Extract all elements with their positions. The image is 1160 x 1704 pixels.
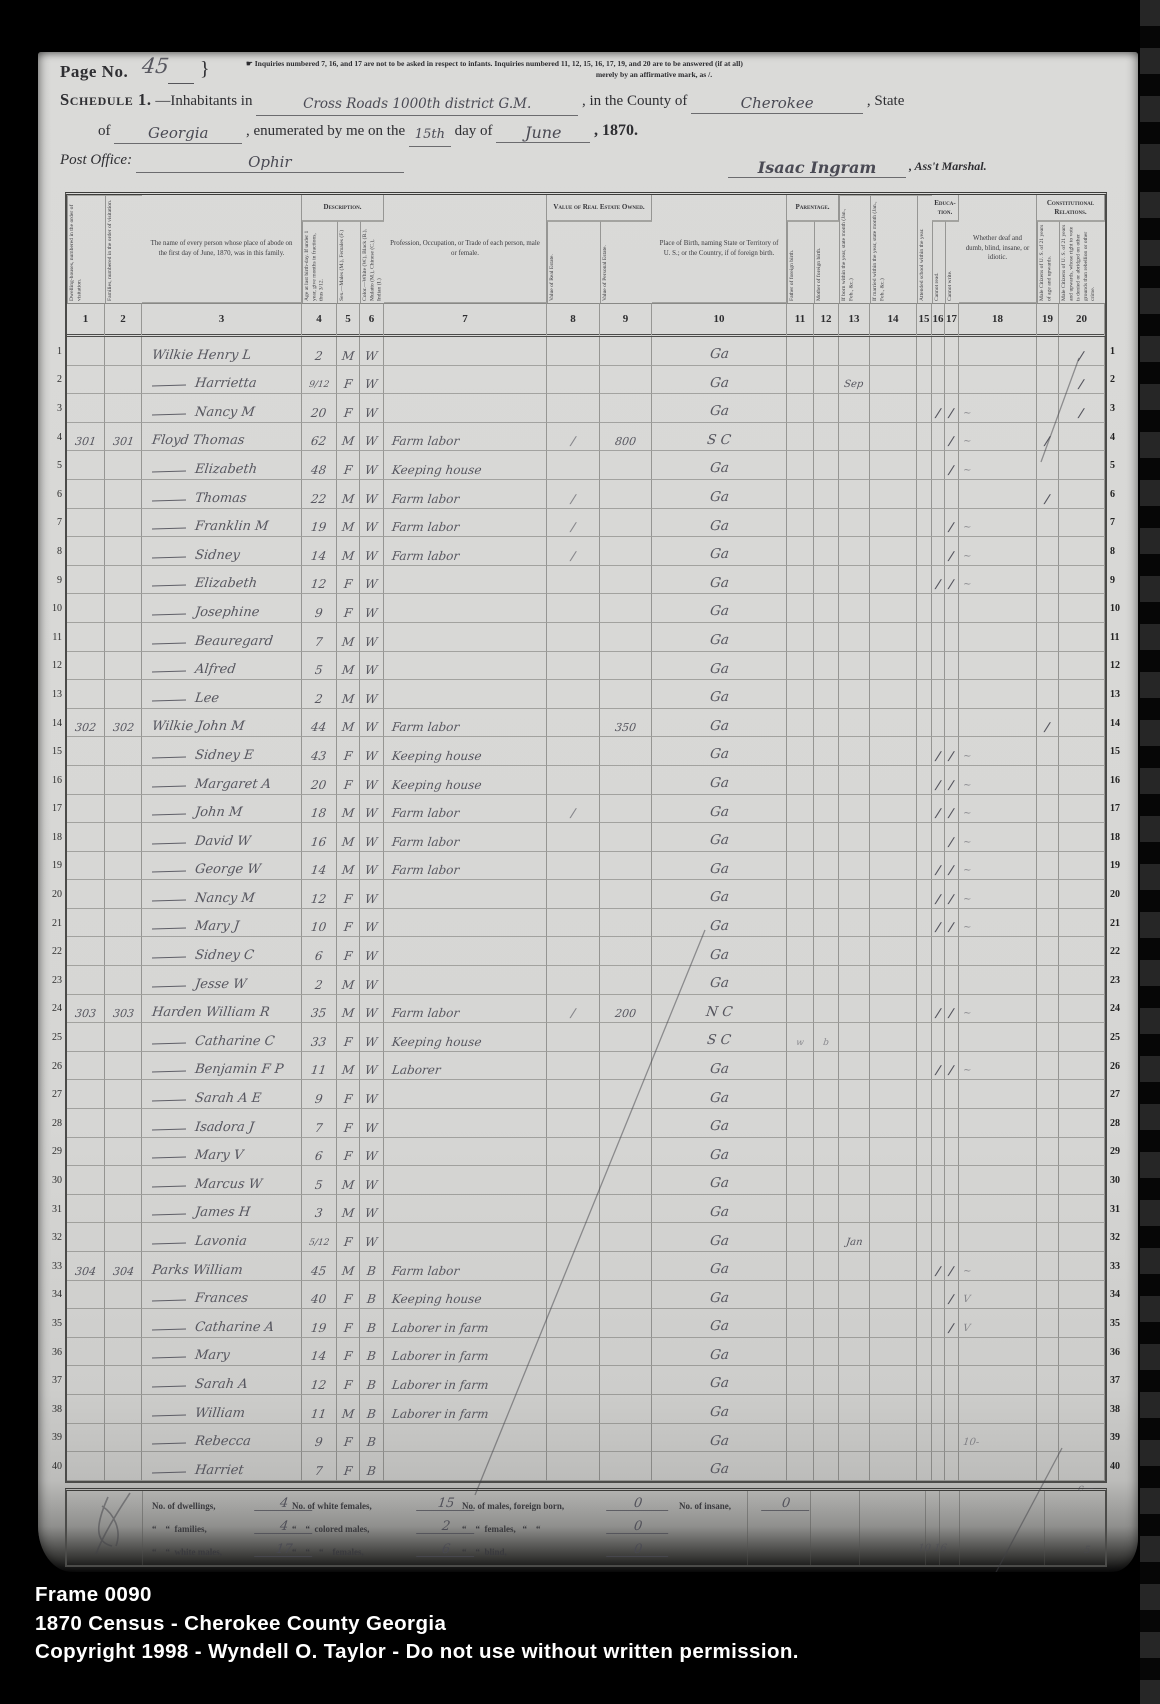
cell-r30-attended-school (917, 1166, 932, 1195)
cell-r28-occupation (384, 1109, 547, 1138)
row-number-left-4: 4 (42, 423, 62, 452)
row-number-left-30: 30 (42, 1166, 62, 1195)
cell-r25-male-citizen-21 (1037, 1023, 1059, 1052)
cell-r37-male-citizen-21 (1037, 1366, 1059, 1395)
county-handwritten: Cherokee (691, 94, 863, 114)
instructions-line-2: merely by an affirmative mark, as /. (246, 69, 1062, 80)
day-of-label: day of (455, 123, 493, 139)
cell-r5-person-name: Elizabeth (142, 451, 302, 480)
cell-r12-family-number (105, 652, 142, 681)
cell-r9-mother-foreign-birth (814, 566, 839, 595)
cell-r7-color: W (360, 509, 384, 538)
row-number-right-14: 14 (1110, 709, 1136, 738)
cell-r12-birth-month (839, 652, 870, 681)
group-heading-4: Educa- tion. (932, 195, 959, 221)
cell-r15-birth-month (839, 737, 870, 766)
cell-r7-occupation: Farm labor (384, 509, 547, 538)
cell-r10-father-foreign-birth (787, 594, 814, 623)
cell-r3-person-name: Nancy M (142, 394, 302, 423)
cell-r16-male-citizen-denied (1059, 766, 1105, 795)
cell-r11-color: W (360, 623, 384, 652)
cell-r22-age: 6 (302, 937, 337, 966)
age-value: 62 (311, 435, 328, 447)
col-heading-18: Whether deaf and dumb, blind, insane, or… (959, 195, 1037, 303)
cell-r31-dwelling-number (67, 1195, 105, 1224)
cannot-write-tick: / (949, 435, 955, 447)
cell-r32-married-month (870, 1223, 917, 1252)
cell-r40-sex: F (337, 1452, 360, 1481)
citizen-tick: / (1045, 493, 1051, 505)
cell-r23-family-number (105, 966, 142, 995)
person-name-value: Nancy M (194, 892, 255, 905)
sex-value: M (341, 1007, 355, 1019)
cell-r8-married-month (870, 537, 917, 566)
state-suffix-label: , State (867, 93, 905, 109)
cell-r18-male-citizen-21 (1037, 823, 1059, 852)
cell-r34-cannot-read (932, 1281, 945, 1310)
cell-r5-sex: F (337, 451, 360, 480)
cell-r39-mother-foreign-birth (814, 1424, 839, 1453)
cell-r14-deaf-dumb-blind (959, 709, 1037, 738)
col-number-19: 19 (1037, 303, 1059, 337)
cell-r2-sex: F (337, 366, 360, 395)
cell-r4-birth-month (839, 423, 870, 452)
cell-r11-cannot-write (945, 623, 959, 652)
cell-r14-color: W (360, 709, 384, 738)
cell-r38-male-citizen-denied (1059, 1395, 1105, 1424)
summary-label-3-0: No. of insane, (679, 1501, 731, 1511)
cell-r4-mother-foreign-birth (814, 423, 839, 452)
row-number-right-23: 23 (1110, 966, 1136, 995)
family-no-value: 304 (112, 1266, 134, 1277)
cell-r25-age: 33 (302, 1023, 337, 1052)
cell-r19-father-foreign-birth (787, 852, 814, 881)
cell-r27-sex: F (337, 1080, 360, 1109)
sex-value: M (341, 664, 355, 676)
cell-r24-age: 35 (302, 995, 337, 1024)
ditto-dash (152, 985, 186, 987)
cell-r29-married-month (870, 1138, 917, 1167)
cell-r1-birth-month (839, 337, 870, 366)
cell-r29-dwelling-number (67, 1138, 105, 1167)
deaf-dumb-mark: ~ (962, 866, 972, 876)
cannot-read-tick: / (935, 807, 941, 819)
cell-r20-father-foreign-birth (787, 880, 814, 909)
cell-r36-cannot-read (932, 1338, 945, 1367)
cell-r21-cannot-write: / (945, 909, 959, 938)
cell-r31-family-number (105, 1195, 142, 1224)
cell-r33-real-estate-value (547, 1252, 600, 1281)
cell-r16-cannot-write: / (945, 766, 959, 795)
cell-r19-birth-month (839, 852, 870, 881)
age-value: 12 (311, 1379, 328, 1391)
birthplace-value: Ga (709, 577, 730, 591)
color-value: W (365, 1122, 379, 1134)
real-estate-tick: / (570, 521, 576, 533)
cell-r33-birth-month (839, 1252, 870, 1281)
cell-r27-color: W (360, 1080, 384, 1109)
cell-r30-deaf-dumb-blind (959, 1166, 1037, 1195)
age-value: 9 (314, 607, 323, 619)
occupation-value: Farm labor (391, 864, 460, 876)
cell-r2-person-name: Harrietta (142, 366, 302, 395)
cell-r38-married-month (870, 1395, 917, 1424)
cell-r13-father-foreign-birth (787, 680, 814, 709)
ditto-dash (152, 528, 186, 530)
cell-r7-birth-month (839, 509, 870, 538)
cell-r12-attended-school (917, 652, 932, 681)
cannot-write-tick: / (949, 864, 955, 876)
sex-value: F (343, 950, 353, 962)
person-name-value: Harriet (194, 1464, 244, 1477)
cannot-read-tick: / (935, 407, 941, 419)
occupation-value: Laborer (391, 1064, 441, 1076)
person-name-value: Wilkie Henry L (151, 349, 252, 362)
cell-r30-birthplace: Ga (652, 1166, 787, 1195)
cell-r9-family-number (105, 566, 142, 595)
cell-r39-personal-estate-value (600, 1424, 652, 1453)
cell-r13-occupation (384, 680, 547, 709)
cell-r16-dwelling-number (67, 766, 105, 795)
cell-r11-male-citizen-denied (1059, 623, 1105, 652)
cell-r32-attended-school (917, 1223, 932, 1252)
cell-r38-mother-foreign-birth (814, 1395, 839, 1424)
cell-r21-father-foreign-birth (787, 909, 814, 938)
cell-r31-sex: M (337, 1195, 360, 1224)
cell-r29-birth-month (839, 1138, 870, 1167)
cannot-write-tick: / (949, 807, 955, 819)
cell-r17-father-foreign-birth (787, 795, 814, 824)
cell-r39-family-number (105, 1424, 142, 1453)
cell-r11-family-number (105, 623, 142, 652)
birth-month-value: Sep (844, 380, 864, 390)
cell-r40-real-estate-value (547, 1452, 600, 1481)
occupation-value: Farm labor (391, 721, 460, 733)
cell-r27-occupation (384, 1080, 547, 1109)
occupation-value: Farm labor (391, 521, 460, 533)
birthplace-value: S C (706, 434, 732, 448)
color-value: B (366, 1322, 376, 1334)
cell-r1-occupation (384, 337, 547, 366)
deaf-dumb-mark: ~ (962, 552, 972, 562)
cell-r21-birth-month (839, 909, 870, 938)
deaf-dumb-mark: ~ (962, 466, 972, 476)
cell-r15-cannot-write: / (945, 737, 959, 766)
row-number-left-18: 18 (42, 823, 62, 852)
cell-r27-male-citizen-21 (1037, 1080, 1059, 1109)
cell-r25-occupation: Keeping house (384, 1023, 547, 1052)
cell-r21-real-estate-value (547, 909, 600, 938)
person-name-value: Sarah A (194, 1378, 248, 1391)
age-value: 9 (314, 1436, 323, 1448)
cell-r2-birthplace: Ga (652, 366, 787, 395)
cell-r1-male-citizen-denied: / (1059, 337, 1105, 366)
cell-r7-father-foreign-birth (787, 509, 814, 538)
cell-r13-color: W (360, 680, 384, 709)
cell-r4-real-estate-value: / (547, 423, 600, 452)
summary-label-1-0: No. of white females, (292, 1501, 372, 1511)
cell-r5-attended-school (917, 451, 932, 480)
cannot-read-tick: / (935, 1064, 941, 1076)
cell-r38-age: 11 (302, 1395, 337, 1424)
cell-r5-family-number (105, 451, 142, 480)
color-value: W (365, 979, 379, 991)
cell-r30-father-foreign-birth (787, 1166, 814, 1195)
birthplace-value: Ga (709, 1149, 730, 1163)
cell-r4-attended-school (917, 423, 932, 452)
cell-r38-father-foreign-birth (787, 1395, 814, 1424)
cell-r11-birthplace: Ga (652, 623, 787, 652)
cell-r33-cannot-read: / (932, 1252, 945, 1281)
row-number-left-28: 28 (42, 1109, 62, 1138)
ditto-dash (152, 556, 186, 558)
cell-r38-sex: M (337, 1395, 360, 1424)
cell-r7-deaf-dumb-blind: ~ (959, 509, 1037, 538)
cell-r27-family-number (105, 1080, 142, 1109)
cell-r7-family-number (105, 509, 142, 538)
cell-r34-person-name: Frances (142, 1281, 302, 1310)
family-no-value: 301 (112, 436, 134, 447)
birthplace-value: Ga (709, 977, 730, 991)
cell-r5-male-citizen-denied (1059, 451, 1105, 480)
cell-r3-father-foreign-birth (787, 394, 814, 423)
person-name-value: Alfred (194, 663, 236, 676)
sex-value: M (341, 807, 355, 819)
age-value: 22 (311, 493, 328, 505)
cell-r29-deaf-dumb-blind (959, 1138, 1037, 1167)
cell-r36-color: B (360, 1338, 384, 1367)
sex-value: F (343, 1436, 353, 1448)
color-value: W (365, 664, 379, 676)
cell-r32-color: W (360, 1223, 384, 1252)
cell-r23-personal-estate-value (600, 966, 652, 995)
cell-r19-family-number (105, 852, 142, 881)
cell-r21-personal-estate-value (600, 909, 652, 938)
county-label: , in the County of (582, 93, 687, 109)
cell-r9-male-citizen-denied (1059, 566, 1105, 595)
cell-r40-married-month (870, 1452, 917, 1481)
summary-divider-2 (747, 1491, 748, 1565)
cell-r1-married-month (870, 337, 917, 366)
cell-r31-attended-school (917, 1195, 932, 1224)
ditto-dash (152, 842, 186, 844)
person-name-value: Lee (194, 692, 220, 705)
cell-r20-occupation (384, 880, 547, 909)
cell-r17-cannot-read: / (932, 795, 945, 824)
cell-r21-sex: F (337, 909, 360, 938)
cell-r18-birth-month (839, 823, 870, 852)
col-heading-8: Value of Real Estate. (547, 221, 600, 303)
person-name-value: Elizabeth (194, 463, 258, 476)
birthplace-value: Ga (709, 634, 730, 648)
cell-r6-family-number (105, 480, 142, 509)
cannot-read-tick: / (935, 864, 941, 876)
cell-r7-male-citizen-21 (1037, 509, 1059, 538)
sex-value: M (341, 636, 355, 648)
cell-r28-married-month (870, 1109, 917, 1138)
cell-r25-real-estate-value (547, 1023, 600, 1052)
ditto-dash (152, 1471, 186, 1473)
cell-r3-personal-estate-value (600, 394, 652, 423)
cell-r7-male-citizen-denied (1059, 509, 1105, 538)
cell-r21-color: W (360, 909, 384, 938)
ditto-dash (152, 1100, 186, 1102)
cell-r39-male-citizen-denied (1059, 1424, 1105, 1453)
cell-r6-personal-estate-value (600, 480, 652, 509)
cell-r29-family-number (105, 1138, 142, 1167)
row-number-right-29: 29 (1110, 1138, 1136, 1167)
cell-r38-deaf-dumb-blind (959, 1395, 1037, 1424)
cell-r38-male-citizen-21 (1037, 1395, 1059, 1424)
cell-r24-male-citizen-21 (1037, 995, 1059, 1024)
person-name-value: Nancy M (194, 406, 255, 419)
deaf-dumb-mark: V (962, 1324, 970, 1334)
cell-r5-birthplace: Ga (652, 451, 787, 480)
person-name-value: Mary (194, 1349, 230, 1362)
cell-r29-male-citizen-denied (1059, 1138, 1105, 1167)
sex-value: F (343, 1122, 353, 1134)
color-value: B (366, 1265, 376, 1277)
row-number-left-16: 16 (42, 766, 62, 795)
cell-r17-birthplace: Ga (652, 795, 787, 824)
row-number-left-15: 15 (42, 737, 62, 766)
cell-r28-dwelling-number (67, 1109, 105, 1138)
cell-r11-sex: M (337, 623, 360, 652)
cell-r20-sex: F (337, 880, 360, 909)
row-number-right-33: 33 (1110, 1252, 1136, 1281)
cell-r3-sex: F (337, 394, 360, 423)
cell-r25-personal-estate-value (600, 1023, 652, 1052)
row-number-left-26: 26 (42, 1052, 62, 1081)
cell-r35-birthplace: Ga (652, 1309, 787, 1338)
cell-r36-occupation: Laborer in farm (384, 1338, 547, 1367)
cell-r19-male-citizen-denied (1059, 852, 1105, 881)
col-number-8: 8 (547, 303, 600, 337)
cell-r19-color: W (360, 852, 384, 881)
cell-r32-dwelling-number (67, 1223, 105, 1252)
cell-r27-real-estate-value (547, 1080, 600, 1109)
cell-r18-dwelling-number (67, 823, 105, 852)
cell-r23-birth-month (839, 966, 870, 995)
cell-r31-mother-foreign-birth (814, 1195, 839, 1224)
cell-r28-family-number (105, 1109, 142, 1138)
birthplace-value: Ga (709, 777, 730, 791)
cell-r9-male-citizen-21 (1037, 566, 1059, 595)
row-number-left-13: 13 (42, 680, 62, 709)
sex-value: F (343, 464, 353, 476)
cell-r19-personal-estate-value (600, 852, 652, 881)
cell-r5-father-foreign-birth (787, 451, 814, 480)
cell-r26-attended-school (917, 1052, 932, 1081)
cell-r24-birthplace: N C (652, 995, 787, 1024)
cell-r15-male-citizen-21 (1037, 737, 1059, 766)
cell-r38-birth-month (839, 1395, 870, 1424)
cell-r7-birthplace: Ga (652, 509, 787, 538)
cell-r35-mother-foreign-birth (814, 1309, 839, 1338)
cell-r6-real-estate-value: / (547, 480, 600, 509)
cell-r24-birth-month (839, 995, 870, 1024)
real-estate-tick: / (570, 493, 576, 505)
birthplace-value: Ga (709, 520, 730, 534)
cell-r34-family-number (105, 1281, 142, 1310)
cell-r21-family-number (105, 909, 142, 938)
cell-r34-age: 40 (302, 1281, 337, 1310)
color-value: W (365, 807, 379, 819)
cell-r24-real-estate-value: / (547, 995, 600, 1024)
cell-r27-person-name: Sarah A E (142, 1080, 302, 1109)
color-value: B (366, 1350, 376, 1362)
cell-r31-color: W (360, 1195, 384, 1224)
cell-r16-person-name: Margaret A (142, 766, 302, 795)
cell-r26-male-citizen-denied (1059, 1052, 1105, 1081)
cell-r22-father-foreign-birth (787, 937, 814, 966)
age-value: 10 (311, 921, 328, 933)
cell-r21-dwelling-number (67, 909, 105, 938)
sex-value: F (343, 1150, 353, 1162)
cell-r16-male-citizen-21 (1037, 766, 1059, 795)
age-value: 43 (311, 750, 328, 762)
cell-r22-deaf-dumb-blind (959, 937, 1037, 966)
row-number-right-1: 1 (1110, 337, 1136, 366)
col-heading-12: Mother of foreign birth. (814, 221, 839, 303)
ditto-dash (152, 471, 186, 473)
cell-r8-dwelling-number (67, 537, 105, 566)
cell-r30-age: 5 (302, 1166, 337, 1195)
cell-r20-male-citizen-21 (1037, 880, 1059, 909)
cell-r8-birthplace: Ga (652, 537, 787, 566)
cell-r30-sex: M (337, 1166, 360, 1195)
cell-r14-dwelling-number: 302 (67, 709, 105, 738)
page-totals-box: No. of dwellings,4“ “ families,4“ “ whit… (65, 1488, 1107, 1567)
birthplace-value: S C (706, 1034, 732, 1048)
row-number-right-39: 39 (1110, 1424, 1136, 1453)
group-heading-1: Description. (302, 195, 384, 221)
cell-r11-deaf-dumb-blind (959, 623, 1037, 652)
deaf-dumb-mark: 10- (962, 1438, 979, 1448)
birthplace-value: Ga (709, 1235, 730, 1249)
summary-label-2-2: “ “ blind, (462, 1547, 507, 1557)
cell-r30-family-number (105, 1166, 142, 1195)
sex-value: F (343, 1036, 353, 1048)
cell-r10-person-name: Josephine (142, 594, 302, 623)
row-number-right-4: 4 (1110, 423, 1136, 452)
cell-r39-deaf-dumb-blind: 10- (959, 1424, 1037, 1453)
real-estate-tick: / (570, 550, 576, 562)
cell-r5-cannot-write: / (945, 451, 959, 480)
cell-r13-birth-month (839, 680, 870, 709)
cell-r39-birth-month (839, 1424, 870, 1453)
cell-r3-deaf-dumb-blind: ~ (959, 394, 1037, 423)
cannot-write-tick: / (949, 750, 955, 762)
cell-r16-color: W (360, 766, 384, 795)
cell-r6-deaf-dumb-blind (959, 480, 1037, 509)
ditto-dash (152, 1443, 186, 1445)
person-name-value: Jesse W (194, 978, 247, 991)
cell-r13-cannot-write (945, 680, 959, 709)
birthplace-value: Ga (709, 1206, 730, 1220)
cell-r33-birthplace: Ga (652, 1252, 787, 1281)
row-number-right-16: 16 (1110, 766, 1136, 795)
cell-r22-occupation (384, 937, 547, 966)
cell-r25-deaf-dumb-blind (959, 1023, 1037, 1052)
cell-r15-male-citizen-denied (1059, 737, 1105, 766)
cell-r32-occupation (384, 1223, 547, 1252)
color-value: W (365, 721, 379, 733)
row-number-right-35: 35 (1110, 1309, 1136, 1338)
cell-r14-married-month (870, 709, 917, 738)
cell-r11-father-foreign-birth (787, 623, 814, 652)
age-value: 45 (311, 1265, 328, 1277)
